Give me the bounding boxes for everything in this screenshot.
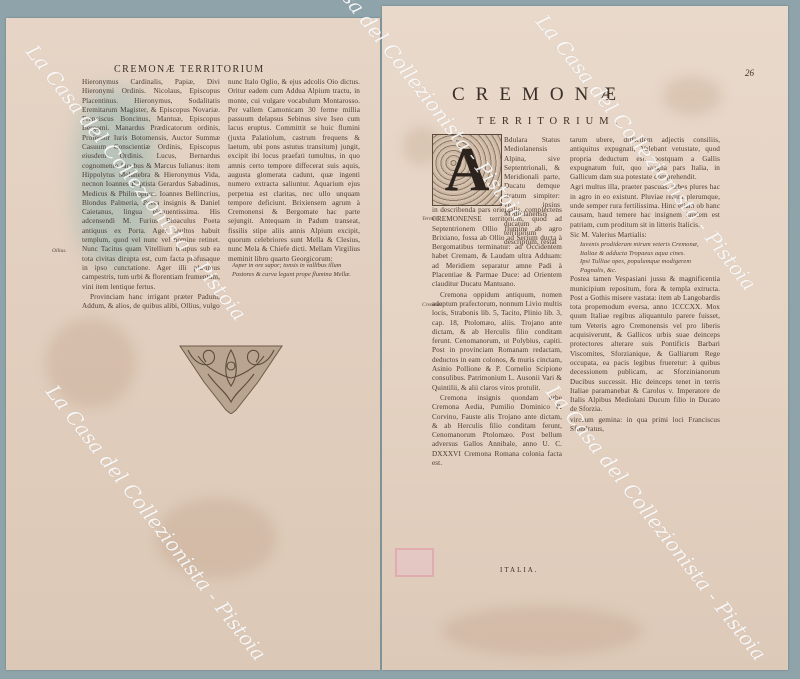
right-column-1: in describenda pars orientalis, complect… [432, 206, 562, 469]
verse-quote: Asper in ore sapor; tonsis in vallibus i… [232, 262, 372, 279]
sidenote: Ollius. [52, 248, 67, 254]
verse-line: Iuvenis prodideram mirum veteris Cremonæ… [580, 241, 720, 250]
column-text: Provinciam hanc irrigant præter Padum, A… [82, 293, 220, 312]
column-text: Postea tamen Vespasiani jussu & magnific… [570, 275, 720, 414]
catchword-footer: ITALIA. [500, 566, 539, 574]
page-subtitle: TERRITORIUM. [477, 116, 623, 127]
verse-line: Asper in ore sapor; tonsis in vallibus i… [232, 262, 372, 271]
column-text: in describenda pars orientalis, complect… [432, 206, 562, 290]
page-number: 26 [745, 68, 754, 78]
verse-line: Ipsi Tulliae opes, populumque modigerem [580, 258, 720, 267]
left-column-2: nunc Italo Oglio, & ejus adcolis Oio dic… [228, 78, 360, 265]
verse-line: Italiae & adducta Tropaeus aqua cines. [580, 250, 720, 259]
verse-line: Pastores & curva legunt prope flumina Me… [232, 271, 372, 280]
right-column-2: tarum ubere, difficilem adjectis consili… [570, 136, 720, 435]
collector-stamp [395, 548, 434, 577]
column-text: Cremona insignis quondam urbe Cremona Ae… [432, 394, 562, 468]
paper-stain [662, 76, 722, 116]
column-text: nunc Italo Oglio, & ejus adcolis Oio dic… [228, 78, 360, 264]
ornamental-vignette-icon [178, 342, 284, 414]
verse-line: Pagnalis, &c. [580, 267, 720, 276]
column-text: Cremona oppidum antiquum, nomen adeptum … [432, 291, 562, 393]
running-head: CREMONÆ TERRITORIUM [114, 64, 265, 75]
paper-stain [442, 606, 642, 656]
martial-verse: Iuvenis prodideram mirum veteris Cremonæ… [570, 241, 720, 275]
